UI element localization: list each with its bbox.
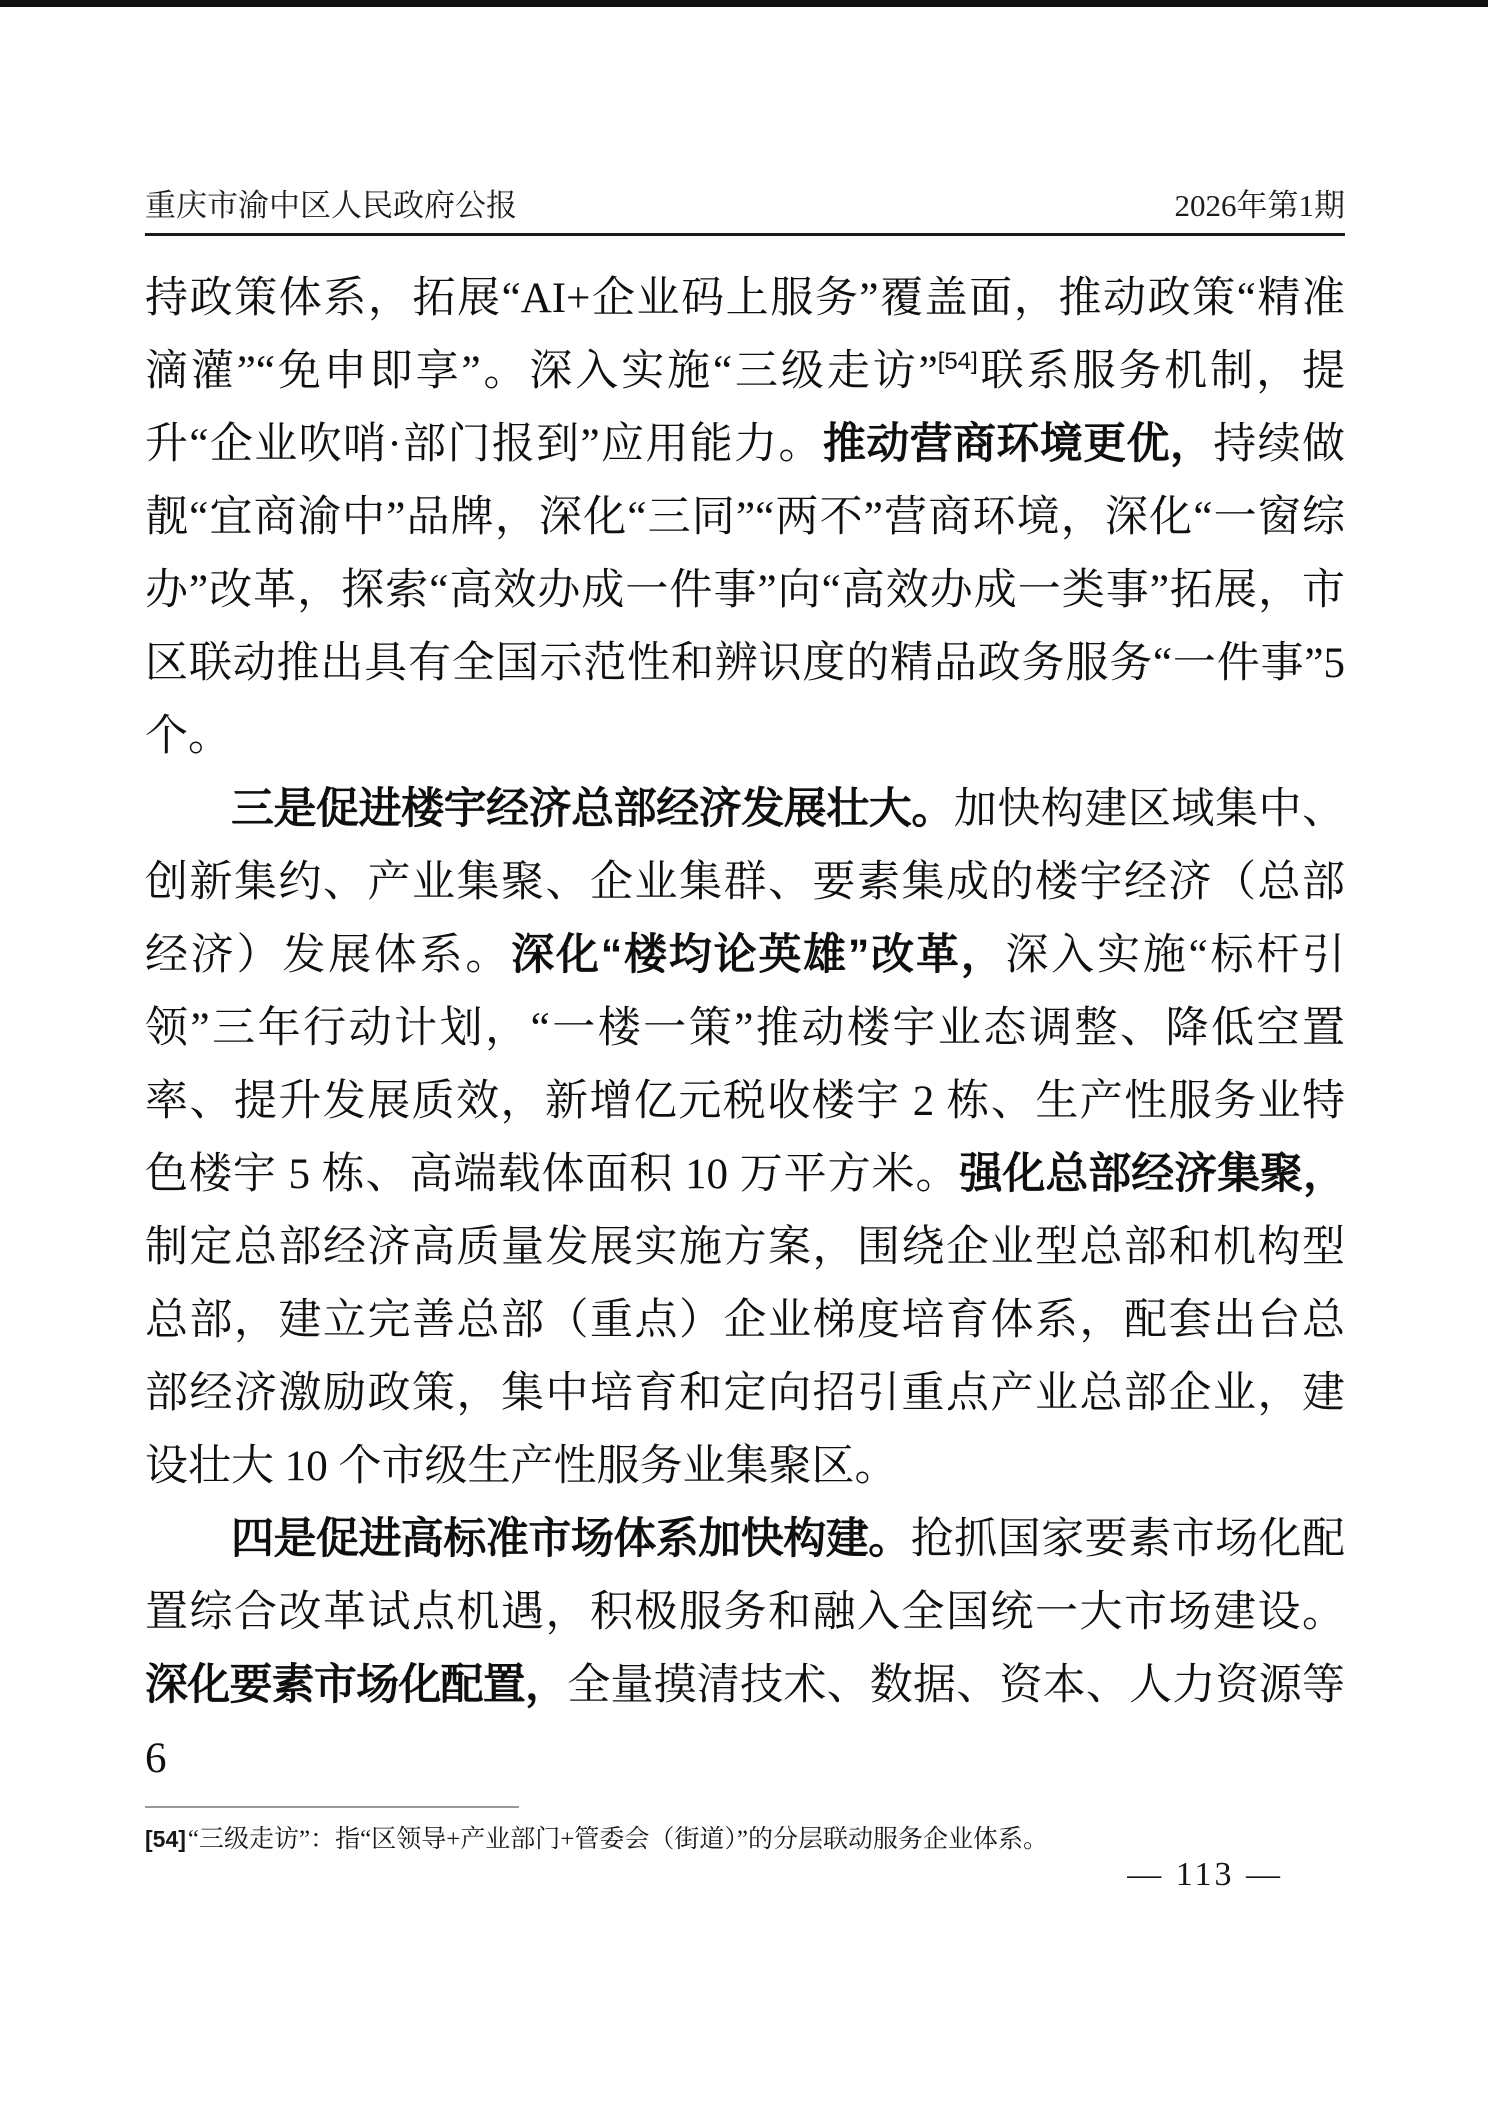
gazette-title: 重庆市渝中区人民政府公报 bbox=[145, 180, 517, 225]
issue-label: 2026年第1期 bbox=[1175, 180, 1346, 225]
body-text: 制定总部经济高质量发展实施方案，围绕企业型总部和机构型总部，建立完善总部（重点）… bbox=[145, 1224, 1345, 1490]
paragraph: 持政策体系，拓展“AI+企业码上服务”覆盖面，推动政策“精准滴灌”“免申即享”。… bbox=[145, 262, 1345, 773]
header-rule bbox=[145, 233, 1345, 236]
footnote: [54]“三级走访”：指“区领导+产业部门+管委会（街道）”的分层联动服务企业体… bbox=[145, 1822, 1345, 1857]
emphasis-text: 深化“楼均论英雄”改革， bbox=[511, 931, 1005, 979]
emphasis-text: 强化总部经济集聚， bbox=[959, 1150, 1345, 1198]
top-border-strip bbox=[0, 0, 1488, 7]
paragraph: 四是促进高标准市场体系加快构建。抢抓国家要素市场化配置综合改革试点机遇，积极服务… bbox=[145, 1503, 1345, 1795]
page-number: — 113 — bbox=[1127, 1856, 1283, 1894]
paragraph: 三是促进楼宇经济总部经济发展壮大。加快构建区域集中、创新集约、产业集聚、企业集群… bbox=[145, 773, 1345, 1503]
emphasis-text: 深化要素市场化配置， bbox=[145, 1661, 567, 1709]
page-header: 重庆市渝中区人民政府公报 2026年第1期 bbox=[145, 180, 1345, 225]
footnote-marker: [54] bbox=[145, 1826, 186, 1852]
emphasis-text: 推动营商环境更优， bbox=[823, 420, 1213, 468]
footnote-text: “三级走访”：指“区领导+产业部门+管委会（街道）”的分层联动服务企业体系。 bbox=[188, 1826, 1048, 1853]
emphasis-text: 四是促进高标准市场体系加快构建。 bbox=[231, 1515, 911, 1563]
body-text: 持续做靓“宜商渝中”品牌，深化“三同”“两不”营商环境，深化“一窗综办”改革，探… bbox=[145, 421, 1345, 760]
gazette-page: 重庆市渝中区人民政府公报 2026年第1期 持政策体系，拓展“AI+企业码上服务… bbox=[0, 0, 1488, 2104]
footnote-rule bbox=[145, 1806, 519, 1808]
emphasis-text: 三是促进楼宇经济总部经济发展壮大。 bbox=[231, 785, 954, 833]
document-body: 持政策体系，拓展“AI+企业码上服务”覆盖面，推动政策“精准滴灌”“免申即享”。… bbox=[145, 262, 1345, 1795]
footnote-ref: [54] bbox=[938, 348, 978, 375]
